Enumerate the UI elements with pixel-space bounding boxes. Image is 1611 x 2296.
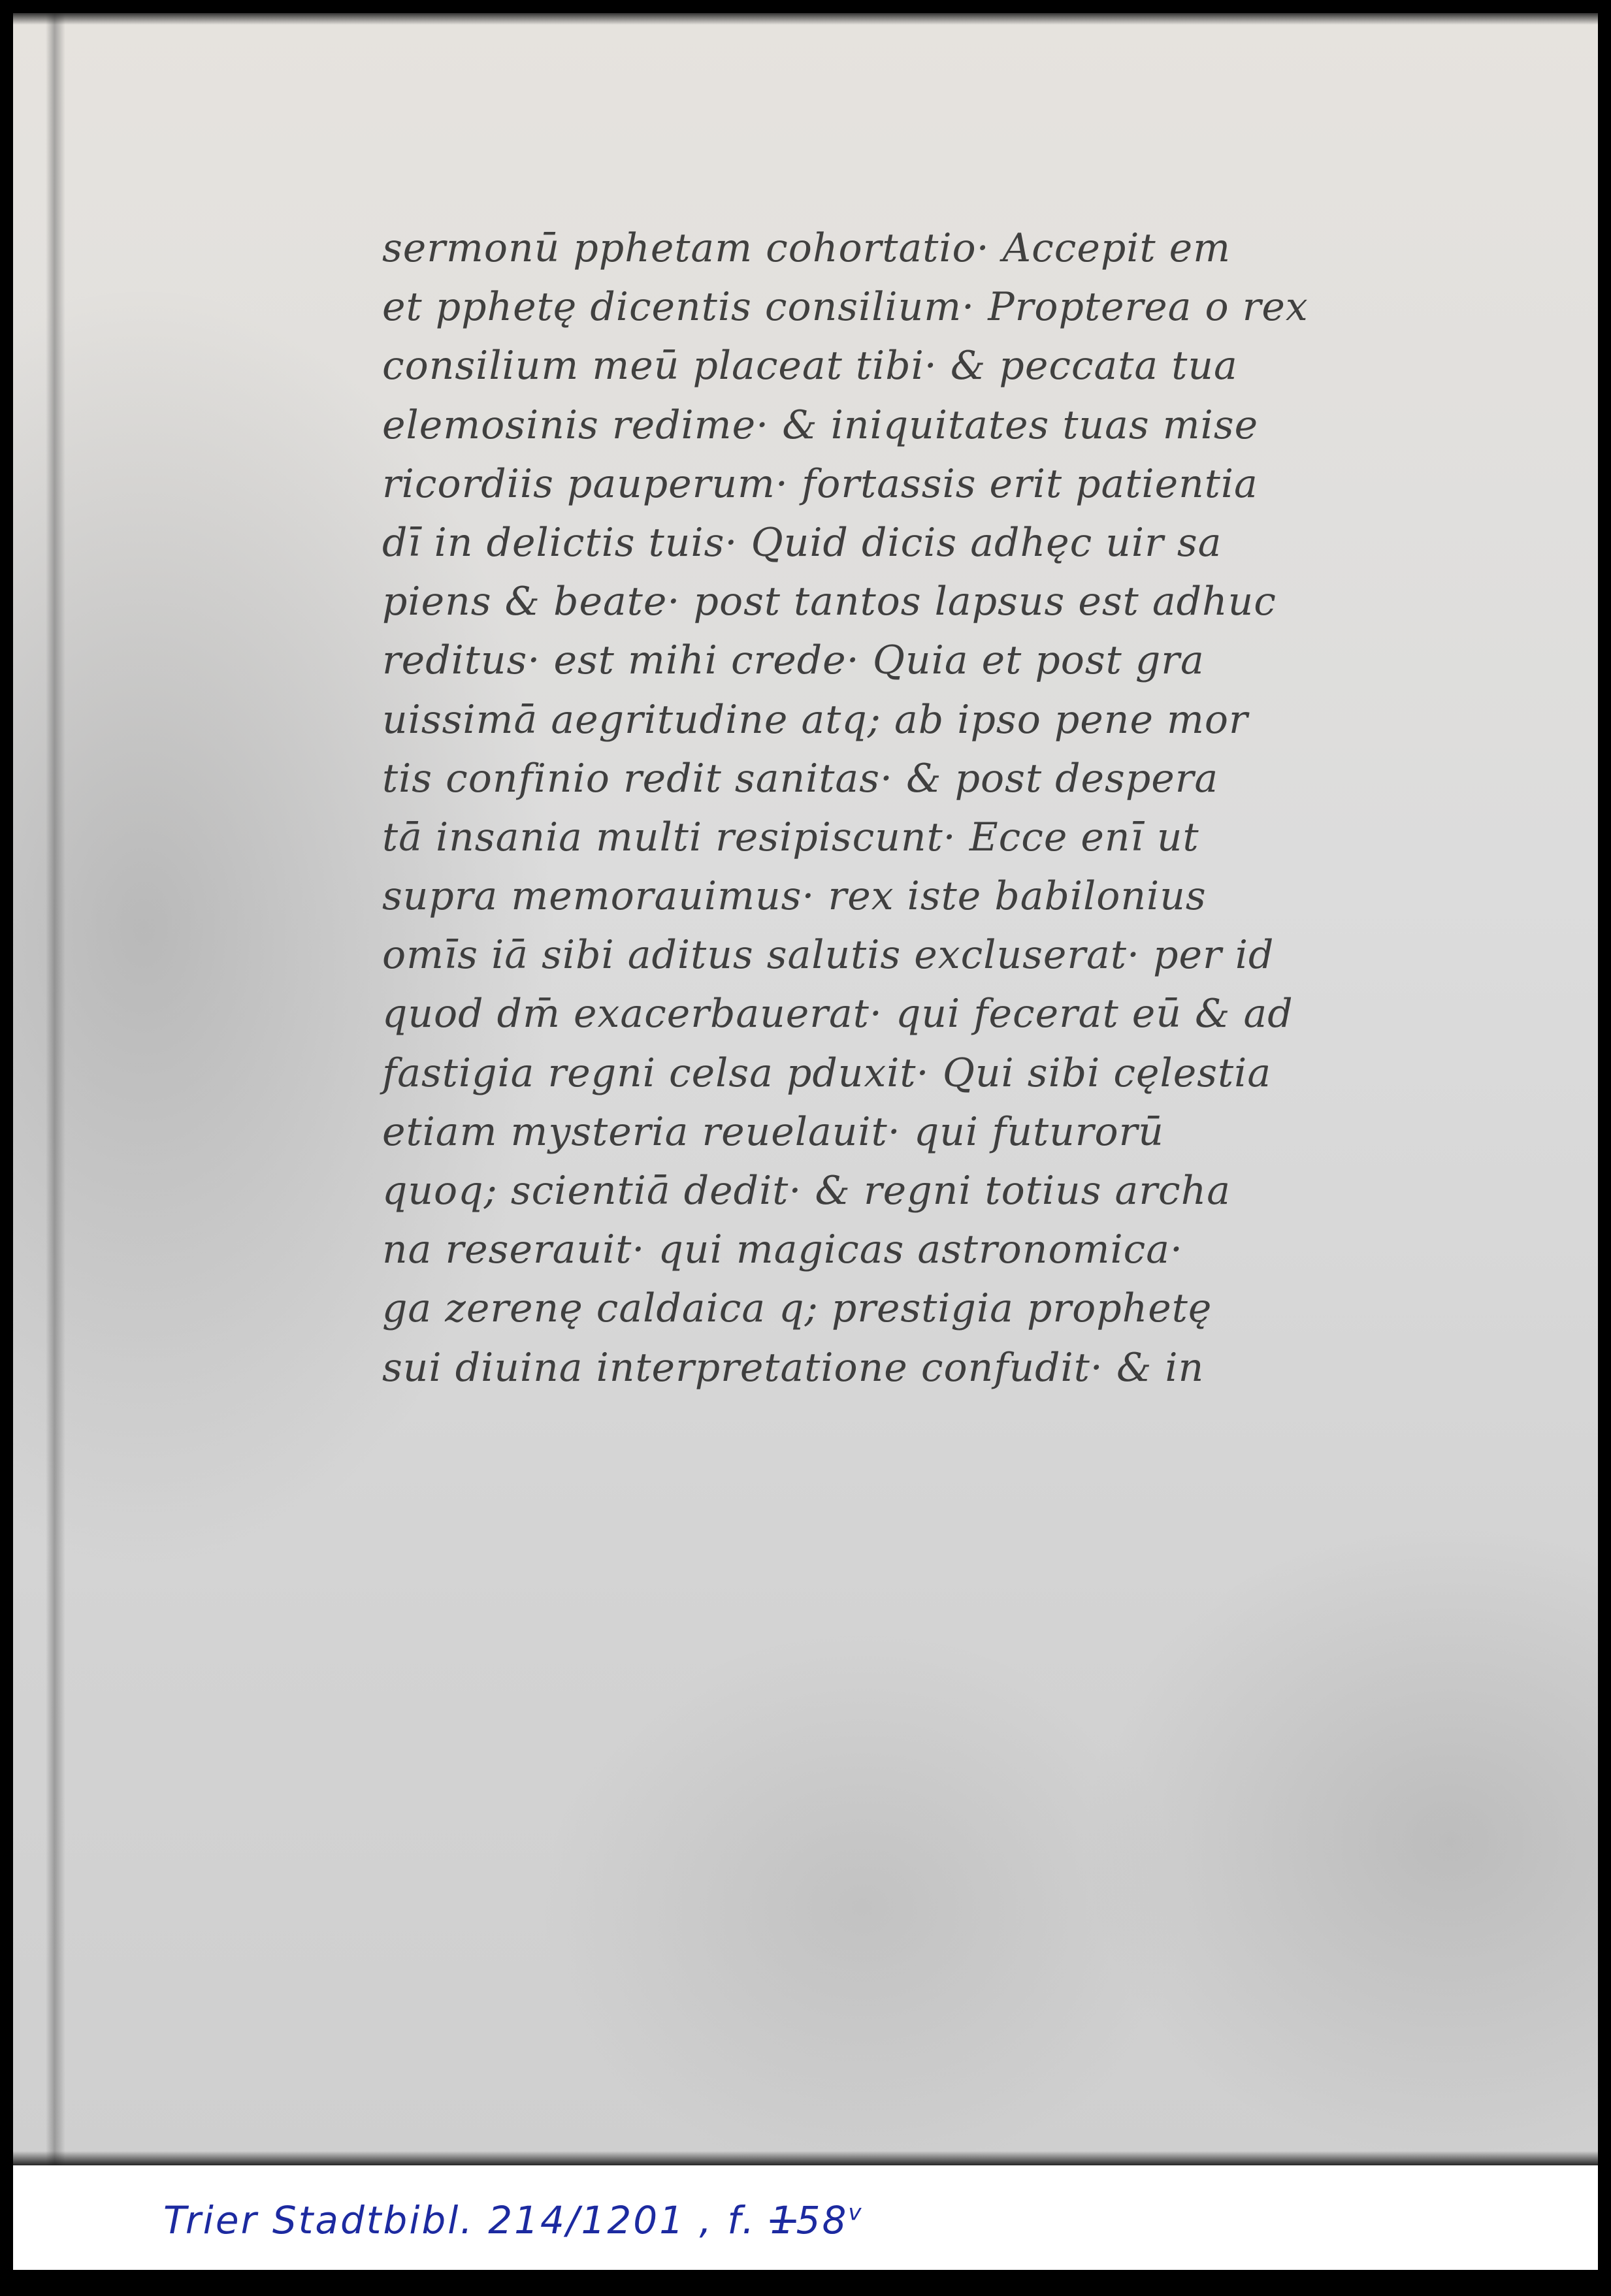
manuscript-text-block: sermonū pphetam cohortatio· Accepit em e… — [382, 219, 1467, 1397]
manuscript-line: na reserauit· qui magicas astronomica· — [382, 1220, 1467, 1279]
manuscript-line: etiam mysteria reuelauit· qui futurorū — [382, 1103, 1467, 1161]
manuscript-line: tā insania multi resipiscunt· Ecce enī u… — [382, 808, 1467, 867]
manuscript-line: supra memorauimus· rex iste babilonius — [382, 867, 1467, 926]
manuscript-line: sui diuina interpretatione confudit· & i… — [382, 1338, 1467, 1397]
manuscript-line: uissimā aegritudine atq; ab ipso pene mo… — [382, 690, 1467, 749]
manuscript-line: dī in delictis tuis· Quid dicis adhęc ui… — [382, 513, 1467, 572]
manuscript-line: piens & beate· post tantos lapsus est ad… — [382, 572, 1467, 631]
manuscript-line: quod dm̄ exacerbauerat· qui fecerat eū &… — [382, 984, 1467, 1043]
bottom-edge-shadow — [13, 2151, 1598, 2165]
caption-verso-mark: v — [848, 2200, 863, 2226]
manuscript-line: elemosinis redime· & iniquitates tuas mi… — [382, 396, 1467, 455]
manuscript-line: consilium meū placeat tibi· & peccata tu… — [382, 336, 1467, 395]
manuscript-line: sermonū pphetam cohortatio· Accepit em — [382, 219, 1467, 278]
manuscript-line: et pphetę dicentis consilium· Propterea … — [382, 278, 1467, 336]
manuscript-line: quoq; scientiā dedit· & regni totius arc… — [382, 1161, 1467, 1220]
caption-struck-digit: 1 — [770, 2198, 796, 2242]
shelfmark-caption: Trier Stadtbibl. 214/1201 , f. 158v — [163, 2198, 864, 2242]
manuscript-line: ga zerenę caldaica q; prestigia prophetę — [382, 1279, 1467, 1338]
caption-folio: 58 — [796, 2198, 849, 2242]
top-edge-shadow — [13, 13, 1598, 25]
manuscript-line: omīs iā sibi aditus salutis excluserat· … — [382, 926, 1467, 984]
manuscript-line: ricordiis pauperum· fortassis erit patie… — [382, 455, 1467, 513]
manuscript-line: fastigia regni celsa pduxit· Qui sibi cę… — [382, 1044, 1467, 1103]
manuscript-line: reditus· est mihi crede· Quia et post gr… — [382, 631, 1467, 690]
manuscript-line: tis confinio redit sanitas· & post despe… — [382, 749, 1467, 808]
binding-gutter-shadow — [46, 13, 65, 2165]
caption-shelfmark: Trier Stadtbibl. 214/1201 , f. — [163, 2198, 770, 2242]
